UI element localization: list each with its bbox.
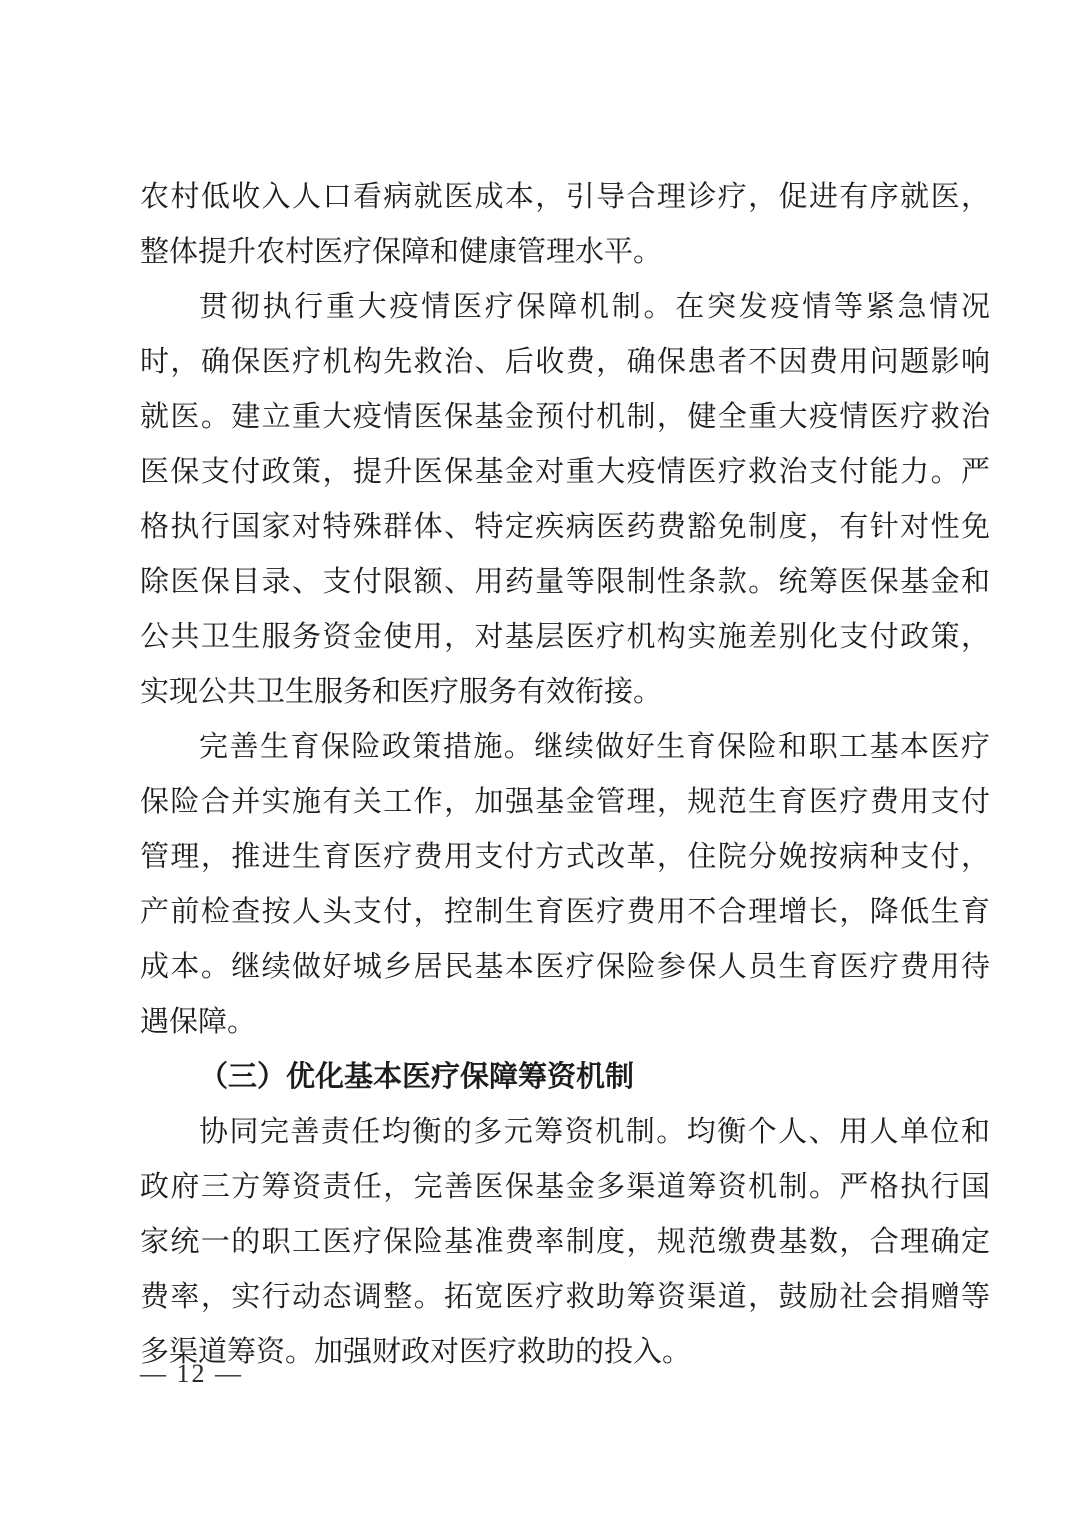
text-line: 产前检查按人头支付，控制生育医疗费用不合理增长，降低生育: [140, 885, 990, 940]
text-line: 政府三方筹资责任，完善医保基金多渠道筹资机制。严格执行国: [140, 1160, 990, 1215]
text-line: 管理，推进生育医疗费用支付方式改革，住院分娩按病种支付，: [140, 830, 990, 885]
text-line: 保险合并实施有关工作，加强基金管理，规范生育医疗费用支付: [140, 775, 990, 830]
section-heading: （三）优化基本医疗保障筹资机制: [140, 1050, 990, 1105]
text-line: 成本。继续做好城乡居民基本医疗保险参保人员生育医疗费用待: [140, 940, 990, 995]
text-line: 格执行国家对特殊群体、特定疾病医药费豁免制度，有针对性免: [140, 500, 990, 555]
document-body: 农村低收入人口看病就医成本，引导合理诊疗，促进有序就医，整体提升农村医疗保障和健…: [140, 170, 990, 1380]
text-line: 完善生育保险政策措施。继续做好生育保险和职工基本医疗: [140, 720, 990, 775]
text-line: 公共卫生服务资金使用，对基层医疗机构实施差别化支付政策，: [140, 610, 990, 665]
text-line: 费率，实行动态调整。拓宽医疗救助筹资渠道，鼓励社会捐赠等: [140, 1270, 990, 1325]
page-number: — 12 —: [140, 1356, 243, 1392]
text-line: 遇保障。: [140, 995, 990, 1050]
text-line: 多渠道筹资。加强财政对医疗救助的投入。: [140, 1325, 990, 1380]
text-line: 贯彻执行重大疫情医疗保障机制。在突发疫情等紧急情况: [140, 280, 990, 335]
document-page: 农村低收入人口看病就医成本，引导合理诊疗，促进有序就医，整体提升农村医疗保障和健…: [0, 0, 1074, 1520]
text-line: 协同完善责任均衡的多元筹资机制。均衡个人、用人单位和: [140, 1105, 990, 1160]
text-line: 医保支付政策，提升医保基金对重大疫情医疗救治支付能力。严: [140, 445, 990, 500]
text-line: 时，确保医疗机构先救治、后收费，确保患者不因费用问题影响: [140, 335, 990, 390]
text-line: 实现公共卫生服务和医疗服务有效衔接。: [140, 665, 990, 720]
text-line: 整体提升农村医疗保障和健康管理水平。: [140, 225, 990, 280]
text-line: 家统一的职工医疗保险基准费率制度，规范缴费基数，合理确定: [140, 1215, 990, 1270]
text-line: 除医保目录、支付限额、用药量等限制性条款。统筹医保基金和: [140, 555, 990, 610]
text-line: 农村低收入人口看病就医成本，引导合理诊疗，促进有序就医，: [140, 170, 990, 225]
text-line: 就医。建立重大疫情医保基金预付机制，健全重大疫情医疗救治: [140, 390, 990, 445]
